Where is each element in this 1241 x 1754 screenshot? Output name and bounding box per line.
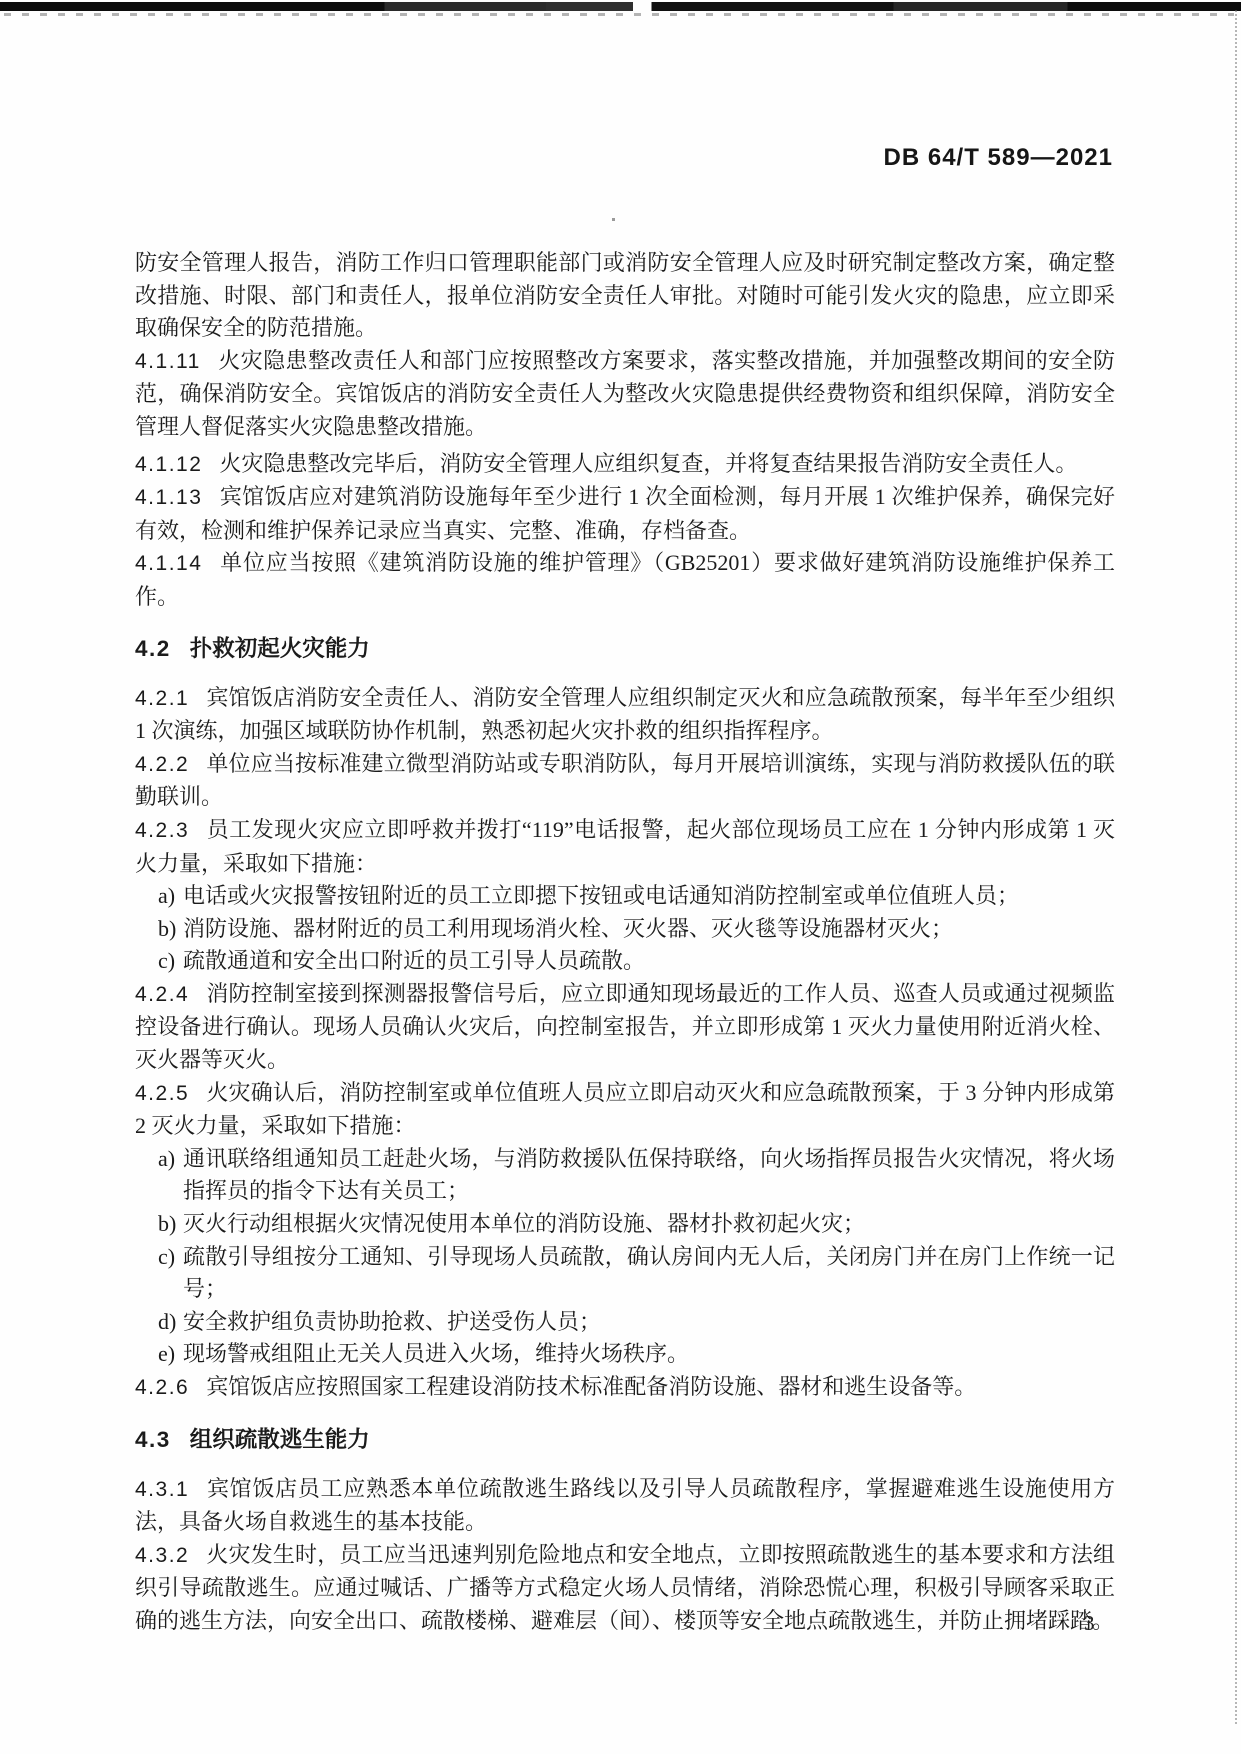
clause-number: 4.2.1 — [135, 687, 189, 710]
list-item-4-2-5-a: a)通讯联络组通知员工赶赴火场，与消防救援队伍保持联络，向火场指挥员报告火灾情况… — [135, 1143, 1115, 1208]
clause-number: 4.1.13 — [135, 486, 202, 509]
list-item-4-2-3-c: c)疏散通道和安全出口附近的员工引导人员疏散。 — [135, 945, 1115, 978]
clause-4-3-2: 4.3.2火灾发生时，员工应当迅速判别危险地点和安全地点，立即按照疏散逃生的基本… — [135, 1539, 1115, 1638]
list-text: 消防设施、器材附近的员工利用现场消火栓、灭火器、灭火毯等设施器材灭火； — [183, 916, 953, 941]
clause-text: 员工发现火灾应立即呼救并拨打“119”电话报警，起火部位现场员工应在 1 分钟内… — [135, 817, 1115, 876]
clause-number: 4.3.2 — [135, 1544, 189, 1567]
list-label: c) — [158, 945, 175, 978]
clause-text: 火灾隐患整改完毕后，消防安全管理人应组织复查，并将复查结果报告消防安全责任人。 — [219, 451, 1077, 476]
list-text: 安全救护组负责协助抢救、护送受伤人员； — [183, 1309, 601, 1334]
clause-text: 宾馆饭店消防安全责任人、消防安全管理人应组织制定灭火和应急疏散预案，每半年至少组… — [135, 685, 1115, 744]
clause-text: 消防控制室接到探测器报警信号后，应立即通知现场最近的工作人员、巡查人员或通过视频… — [135, 981, 1115, 1072]
list-item-4-2-3-b: b)消防设施、器材附近的员工利用现场消火栓、灭火器、灭火毯等设施器材灭火； — [135, 913, 1115, 946]
section-title: 组织疏散逃生能力 — [190, 1427, 370, 1452]
clause-4-2-4: 4.2.4消防控制室接到探测器报警信号后，应立即通知现场最近的工作人员、巡查人员… — [135, 978, 1115, 1077]
list-label: c) — [158, 1241, 175, 1274]
list-text: 电话或火灾报警按钮附近的员工立即摁下按钮或电话通知消防控制室或单位值班人员； — [183, 883, 1019, 908]
clause-text: 火灾发生时，员工应当迅速判别危险地点和安全地点，立即按照疏散逃生的基本要求和方法… — [135, 1542, 1115, 1633]
paragraph-continuation: 防安全管理人报告，消防工作归口管理职能部门或消防安全管理人应及时研究制定整改方案… — [135, 247, 1115, 345]
list-label: a) — [158, 880, 175, 913]
clause-number: 4.3.1 — [135, 1478, 189, 1501]
clause-number: 4.2.5 — [135, 1082, 189, 1105]
clause-number: 4.2.6 — [135, 1376, 189, 1399]
clause-4-1-14: 4.1.14单位应当按照《建筑消防设施的维护管理》（GB25201）要求做好建筑… — [135, 547, 1115, 613]
clause-text: 单位应当按照《建筑消防设施的维护管理》（GB25201）要求做好建筑消防设施维护… — [135, 550, 1115, 609]
list-label: a) — [158, 1143, 175, 1176]
clause-4-1-11: 4.1.11火灾隐患整改责任人和部门应按照整改方案要求，落实整改措施，并加强整改… — [135, 345, 1115, 444]
clause-number: 4.2.4 — [135, 983, 189, 1006]
document-body: 防安全管理人报告，消防工作归口管理职能部门或消防安全管理人应及时研究制定整改方案… — [135, 247, 1115, 1638]
clause-number: 4.1.14 — [135, 552, 202, 575]
page-number: 3 — [1084, 1611, 1095, 1636]
scan-speck — [612, 218, 615, 221]
section-title: 扑救初起火灾能力 — [190, 636, 370, 661]
list-text: 疏散引导组按分工通知、引导现场人员疏散，确认房间内无人后，关闭房门并在房门上作统… — [183, 1244, 1115, 1302]
document-page: DB 64/T 589—2021 防安全管理人报告，消防工作归口管理职能部门或消… — [0, 0, 1241, 1754]
clause-number: 4.2.3 — [135, 819, 189, 842]
list-item-4-2-5-c: c)疏散引导组按分工通知、引导现场人员疏散，确认房间内无人后，关闭房门并在房门上… — [135, 1241, 1115, 1306]
list-item-4-2-5-d: d)安全救护组负责协助抢救、护送受伤人员； — [135, 1306, 1115, 1339]
list-text: 通讯联络组通知员工赶赴火场，与消防救援队伍保持联络，向火场指挥员报告火灾情况，将… — [183, 1146, 1115, 1204]
clause-4-1-13: 4.1.13宾馆饭店应对建筑消防设施每年至少进行 1 次全面检测，每月开展 1 … — [135, 481, 1115, 547]
standard-number: DB 64/T 589—2021 — [135, 144, 1113, 172]
list-text: 现场警戒组阻止无关人员进入火场，维持火场秩序。 — [183, 1341, 689, 1366]
clause-text: 宾馆饭店应对建筑消防设施每年至少进行 1 次全面检测，每月开展 1 次维护保养，… — [135, 484, 1115, 543]
section-heading-4-3: 4.3组织疏散逃生能力 — [135, 1423, 1115, 1456]
list-text: 灭火行动组根据火灾情况使用本单位的消防设施、器材扑救初起火灾； — [183, 1211, 865, 1236]
list-label: d) — [158, 1306, 176, 1339]
scan-artifact-top-dashes — [4, 13, 1234, 16]
clause-4-2-6: 4.2.6宾馆饭店应按照国家工程建设消防技术标准配备消防设施、器材和逃生设备等。 — [135, 1371, 1115, 1405]
section-number: 4.2 — [135, 636, 171, 661]
list-label: e) — [158, 1338, 175, 1371]
clause-4-1-12: 4.1.12火灾隐患整改完毕后，消防安全管理人应组织复查，并将复查结果报告消防安… — [135, 448, 1115, 482]
clause-text: 单位应当按标准建立微型消防站或专职消防队，每月开展培训演练，实现与消防救援队伍的… — [135, 751, 1115, 810]
clause-4-2-3: 4.2.3员工发现火灾应立即呼救并拨打“119”电话报警，起火部位现场员工应在 … — [135, 814, 1115, 880]
scan-artifact-top-band — [0, 2, 1241, 11]
list-item-4-2-5-e: e)现场警戒组阻止无关人员进入火场，维持火场秩序。 — [135, 1338, 1115, 1371]
section-number: 4.3 — [135, 1427, 171, 1452]
clause-number: 4.2.2 — [135, 753, 189, 776]
clause-4-2-2: 4.2.2单位应当按标准建立微型消防站或专职消防队，每月开展培训演练，实现与消防… — [135, 748, 1115, 814]
list-label: b) — [158, 913, 176, 946]
section-heading-4-2: 4.2扑救初起火灾能力 — [135, 632, 1115, 665]
clause-4-2-1: 4.2.1宾馆饭店消防安全责任人、消防安全管理人应组织制定灭火和应急疏散预案，每… — [135, 682, 1115, 748]
list-item-4-2-5-b: b)灭火行动组根据火灾情况使用本单位的消防设施、器材扑救初起火灾； — [135, 1208, 1115, 1241]
clause-4-3-1: 4.3.1宾馆饭店员工应熟悉本单位疏散逃生路线以及引导人员疏散程序，掌握避难逃生… — [135, 1473, 1115, 1539]
clause-text: 火灾隐患整改责任人和部门应按照整改方案要求，落实整改措施，并加强整改期间的安全防… — [135, 348, 1115, 439]
clause-text: 火灾确认后，消防控制室或单位值班人员应立即启动灭火和应急疏散预案，于 3 分钟内… — [135, 1080, 1115, 1139]
clause-text: 宾馆饭店员工应熟悉本单位疏散逃生路线以及引导人员疏散程序，掌握避难逃生设施使用方… — [135, 1476, 1115, 1535]
clause-number: 4.1.11 — [135, 350, 201, 373]
list-text: 疏散通道和安全出口附近的员工引导人员疏散。 — [183, 948, 645, 973]
list-label: b) — [158, 1208, 176, 1241]
scan-artifact-right-edge — [1235, 10, 1237, 1724]
list-item-4-2-3-a: a)电话或火灾报警按钮附近的员工立即摁下按钮或电话通知消防控制室或单位值班人员； — [135, 880, 1115, 913]
clause-4-2-5: 4.2.5火灾确认后，消防控制室或单位值班人员应立即启动灭火和应急疏散预案，于 … — [135, 1077, 1115, 1143]
clause-number: 4.1.12 — [135, 453, 202, 476]
clause-text: 宾馆饭店应按照国家工程建设消防技术标准配备消防设施、器材和逃生设备等。 — [206, 1374, 976, 1399]
